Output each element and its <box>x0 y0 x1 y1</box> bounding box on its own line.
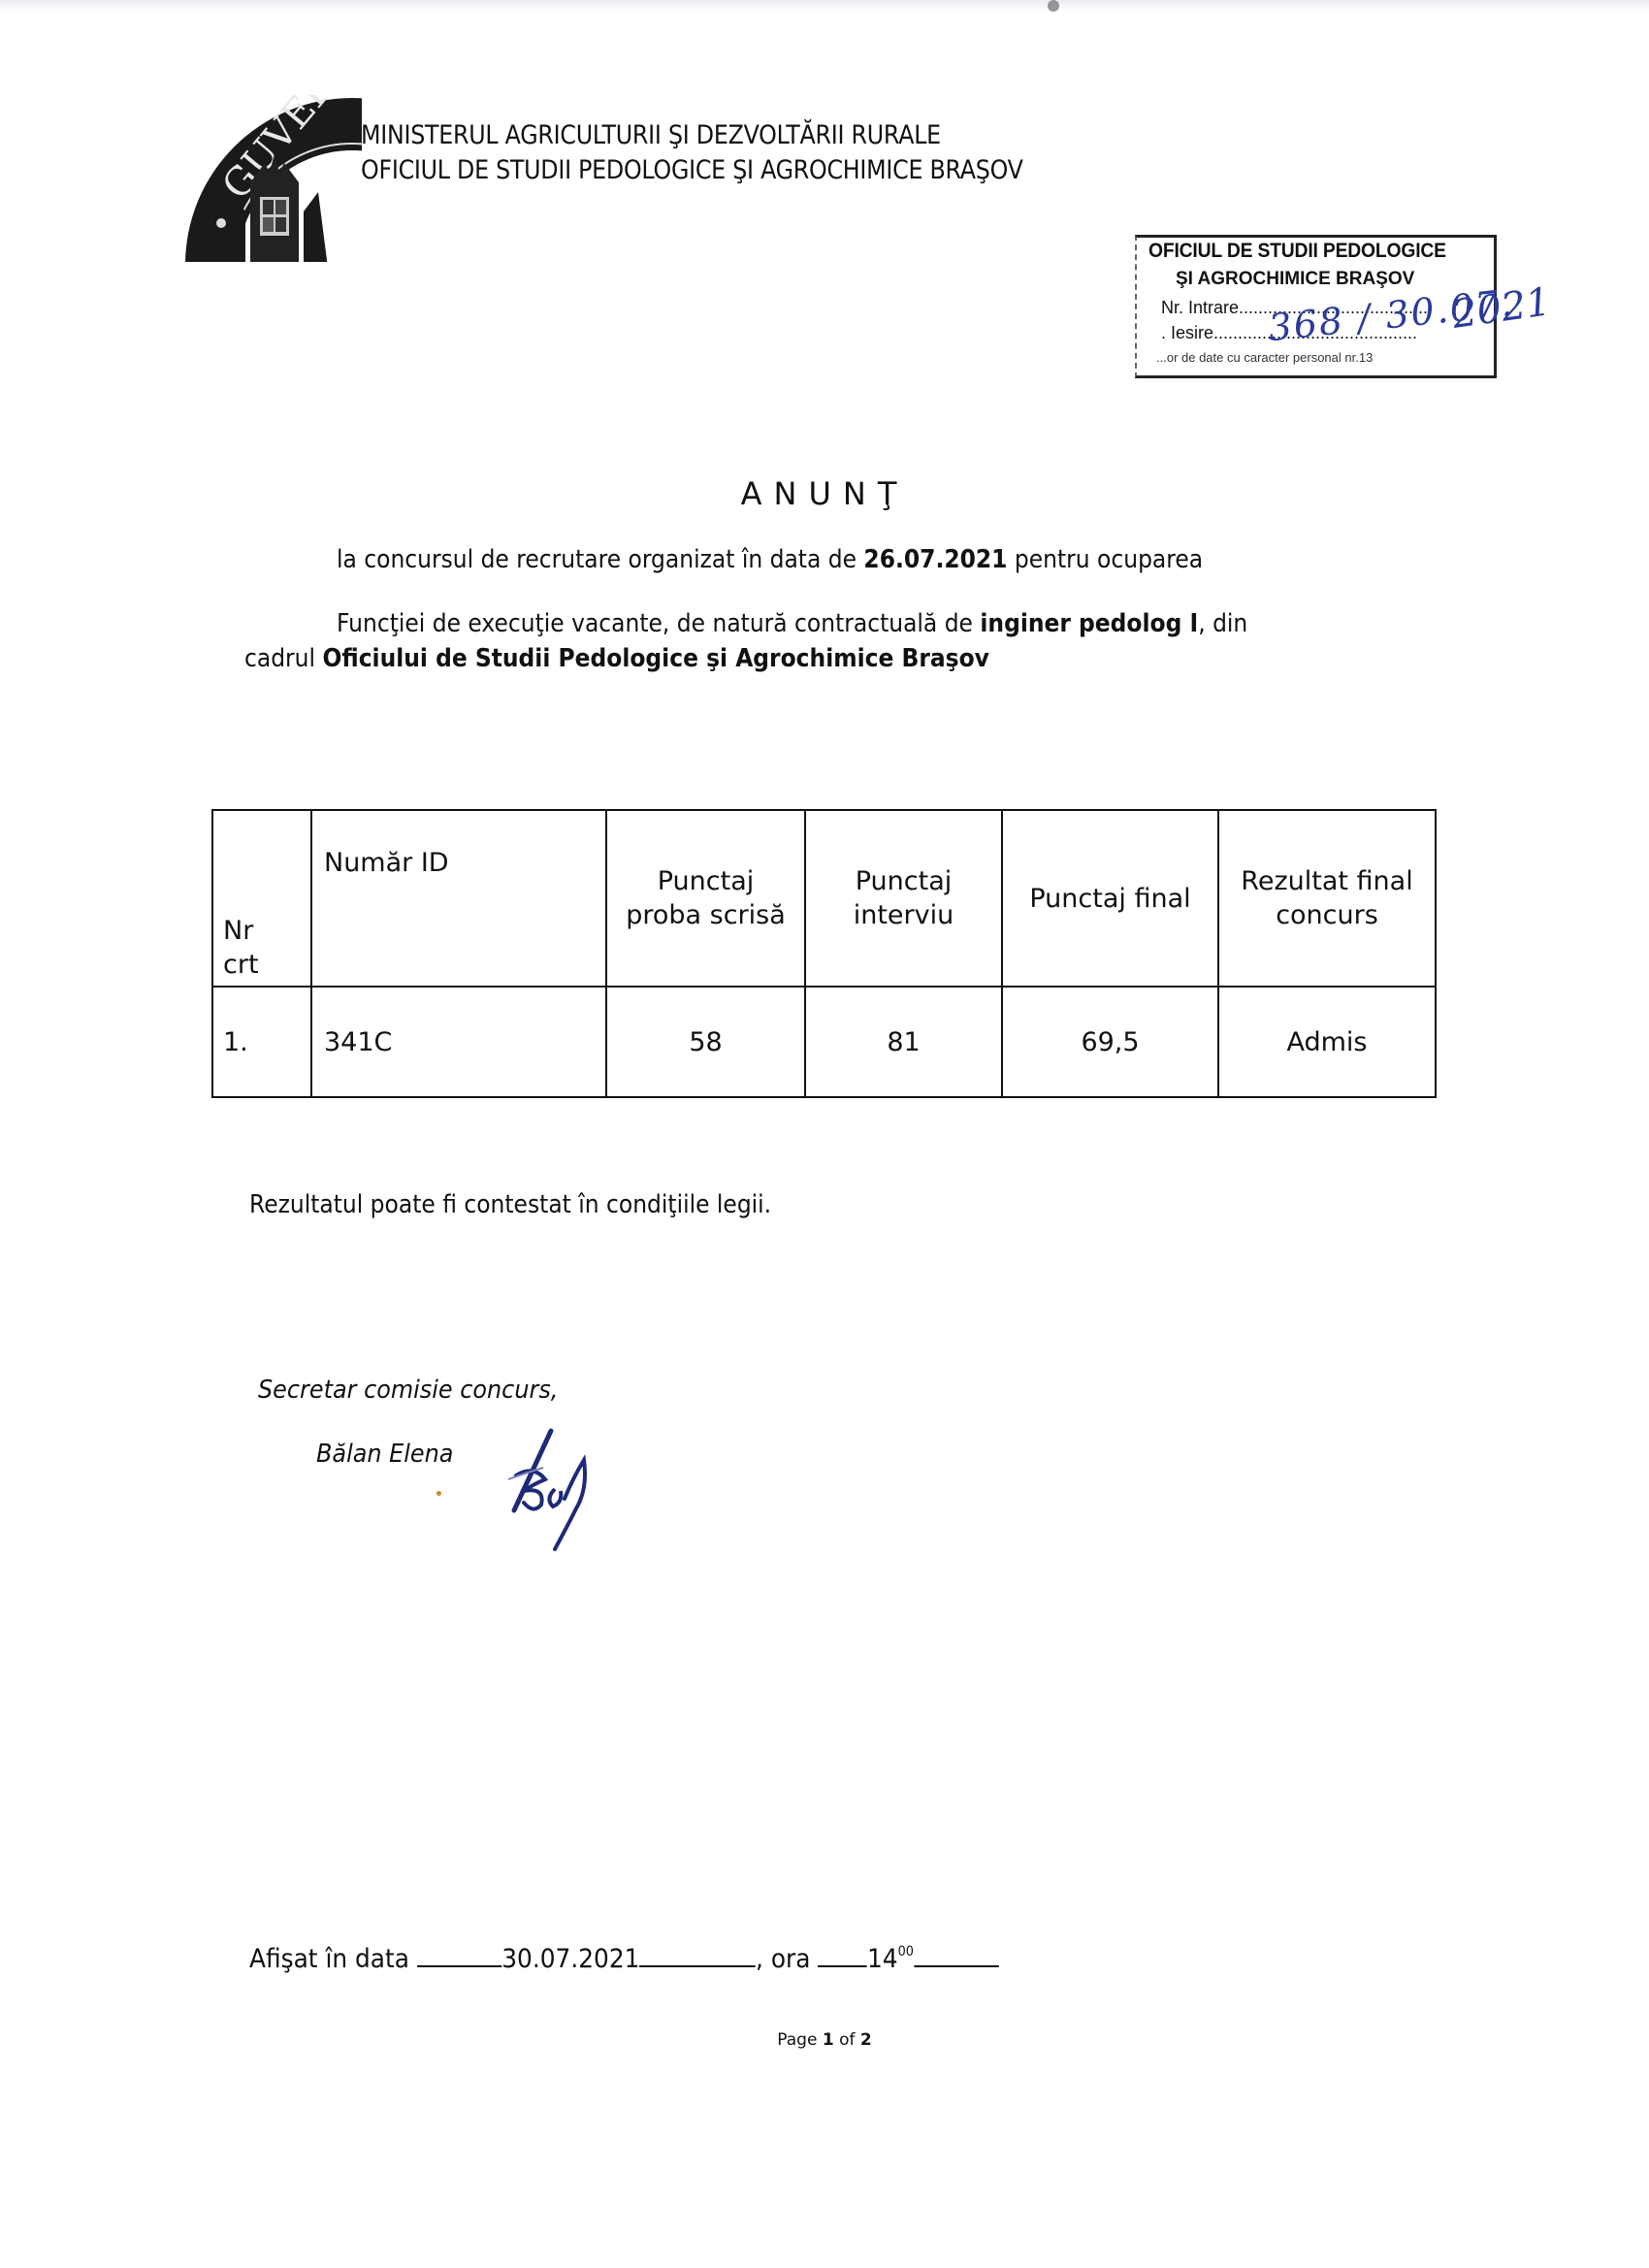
stamp-line-2: ŞI AGROCHIMICE BRAŞOV <box>1176 269 1414 290</box>
cell-id: 341C <box>311 987 606 1097</box>
header-text: Punctaj <box>806 864 1001 898</box>
blank-line <box>417 1940 501 1967</box>
handwritten-signature <box>495 1421 611 1557</box>
intro-text: Funcţiei de execuţie vacante, de natură … <box>337 609 980 638</box>
header-text: Punctaj final <box>1003 882 1217 916</box>
office-name: OFICIUL DE STUDII PEDOLOGICE ŞI AGROCHIM… <box>361 153 1023 188</box>
header-text: Punctaj <box>607 864 804 898</box>
time-label: , ora <box>756 1944 818 1974</box>
stamp-footer: ...or de date cu caracter personal nr.13 <box>1156 350 1373 365</box>
header-text: Nr <box>223 914 310 948</box>
intro-text: , din <box>1198 609 1247 638</box>
header-final-result: Rezultat final concurs <box>1218 810 1436 987</box>
scan-edge <box>0 0 1649 12</box>
ink-dot <box>436 1491 441 1496</box>
position-name: inginer pedolog I <box>980 609 1198 638</box>
header-text: crt <box>223 948 310 982</box>
signatory-name: Bălan Elena <box>316 1440 453 1469</box>
page-prefix: Page <box>777 2030 823 2050</box>
page-number: Page 1 of 2 <box>0 2030 1649 2050</box>
intro-text: cadrul <box>244 644 322 673</box>
header-nr-crt: Nr crt <box>212 810 311 987</box>
header-written-score: Punctaj proba scrisă <box>606 810 805 987</box>
header-text: Număr ID <box>324 846 605 880</box>
page-total: 2 <box>860 2030 872 2050</box>
page-of: of <box>834 2030 860 2050</box>
page-current: 1 <box>823 2030 834 2050</box>
header-interview-score: Punctaj interviu <box>805 810 1002 987</box>
intro-line-1: la concursul de recrutare organizat în d… <box>337 545 1203 574</box>
posted-minutes: 00 <box>898 1944 914 1960</box>
header-text: proba scrisă <box>607 898 804 932</box>
posted-label: Afişat în data <box>249 1944 417 1974</box>
table-header-row: Nr crt Număr ID Punctaj proba scrisă Pun… <box>212 810 1436 987</box>
blank-line <box>639 1940 756 1967</box>
intro-text: pentru ocuparea <box>1007 545 1203 574</box>
contest-note: Rezultatul poate fi contestat în condiţi… <box>249 1190 771 1219</box>
institution-name: Oficiului de Studii Pedologice şi Agroch… <box>322 644 988 673</box>
blank-line <box>914 1940 998 1967</box>
cell-nr: 1. <box>212 987 311 1097</box>
table-row: 1. 341C 58 81 69,5 Admis <box>212 987 1436 1097</box>
stamp-line-1: OFICIUL DE STUDII PEDOLOGICE <box>1148 240 1446 263</box>
blank-line <box>818 1940 867 1967</box>
letterhead: MINISTERUL AGRICULTURII ŞI DEZVOLTĂRII R… <box>361 118 1023 188</box>
cell-written-score: 58 <box>606 987 805 1097</box>
header-text: concurs <box>1219 898 1435 932</box>
cell-interview-score: 81 <box>805 987 1002 1097</box>
intro-line-3: cadrul Oficiului de Studii Pedologice şi… <box>244 644 989 673</box>
posted-hour: 14 <box>867 1944 898 1974</box>
header-text: Rezultat final <box>1219 864 1435 898</box>
header-final-score: Punctaj final <box>1002 810 1218 987</box>
government-seal-logo: GUVERNUL <box>182 95 362 262</box>
posted-date: 30.07.2021 <box>501 1944 639 1974</box>
registration-stamp: OFICIUL DE STUDII PEDOLOGICE ŞI AGROCHIM… <box>1135 235 1497 378</box>
header-id: Număr ID <box>311 810 606 987</box>
intro-line-2: Funcţiei de execuţie vacante, de natură … <box>337 609 1247 638</box>
ministry-name: MINISTERUL AGRICULTURII ŞI DEZVOLTĂRII R… <box>361 118 1023 153</box>
header-text: interviu <box>806 898 1001 932</box>
scan-artifact <box>1048 0 1059 12</box>
contest-date: 26.07.2021 <box>863 545 1007 574</box>
results-table: Nr crt Număr ID Punctaj proba scrisă Pun… <box>211 809 1437 1098</box>
cell-final-result: Admis <box>1218 987 1436 1097</box>
intro-text: la concursul de recrutare organizat în d… <box>337 545 863 574</box>
signatory-role: Secretar comisie concurs, <box>258 1376 558 1405</box>
cell-final-score: 69,5 <box>1002 987 1218 1097</box>
posting-info: Afişat în data 30.07.2021, ora 1400 <box>249 1940 998 1974</box>
document-title: ANUNŢ <box>0 475 1649 512</box>
